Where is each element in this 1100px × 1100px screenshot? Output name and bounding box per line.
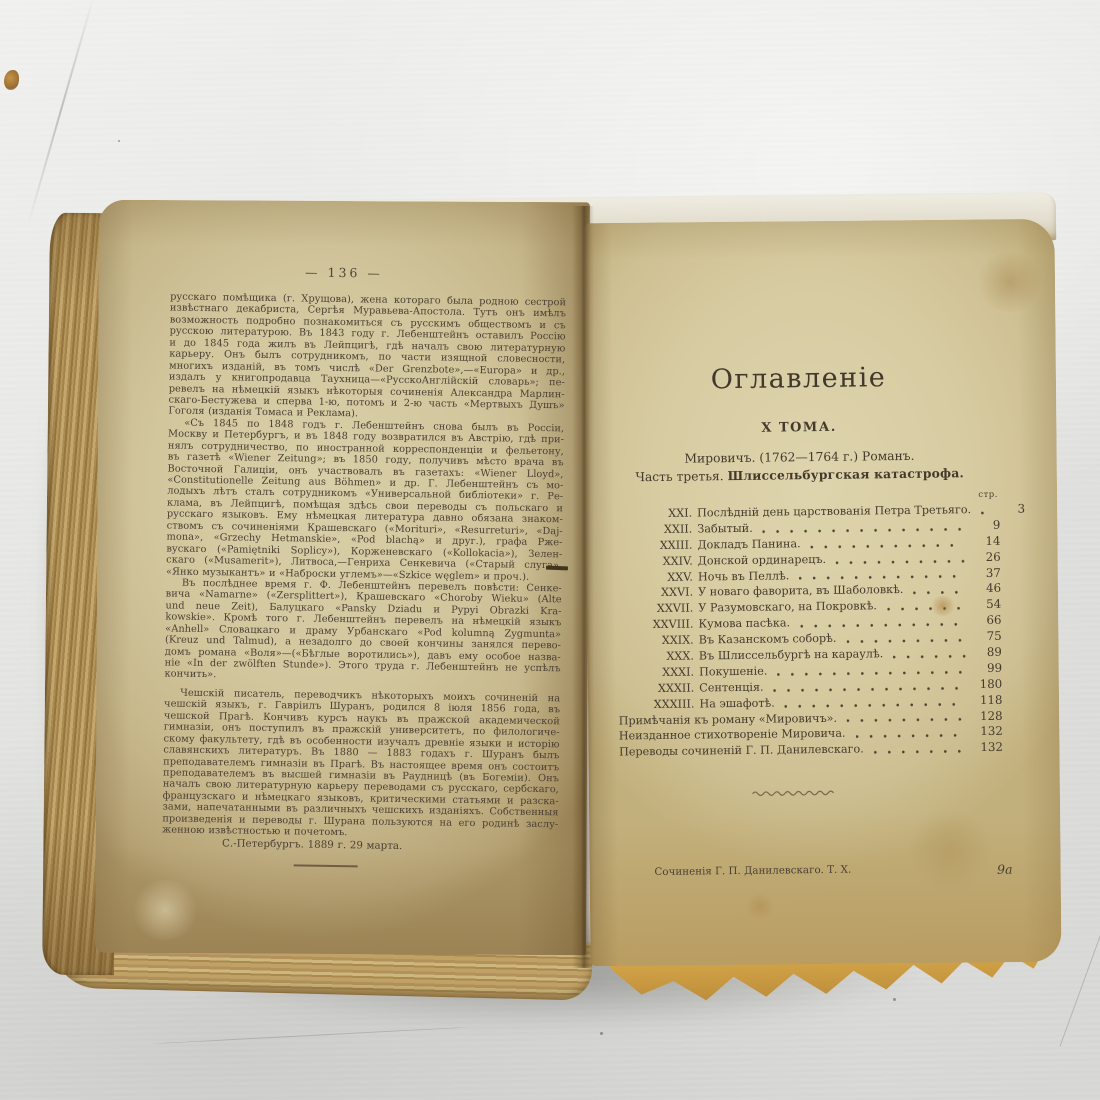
toc-chapter-number: XXIII.: [616, 538, 697, 552]
toc-page-number: 132: [975, 724, 1003, 738]
paragraph: Въ послѣднее время г. Ф. Лебенштейнъ пер…: [164, 577, 561, 686]
footer-signature: Сочиненія Г. П. Данилевскаго. Т. X.: [654, 864, 851, 881]
right-page-content: Оглавленіе X ТОМА. Мировичъ. (1762—1764 …: [613, 219, 1005, 882]
toc-page-number: 118: [974, 692, 1002, 706]
volume-heading: X ТОМА.: [599, 418, 999, 438]
paragraph: Чешскій писатель, переводчикъ нѣкоторыхъ…: [162, 687, 560, 842]
toc-chapter-title: Сентенція.: [699, 680, 763, 694]
left-page-content: — 136 — русскаго помѣщика (г. Хрущова), …: [90, 199, 591, 870]
toc-row: Переводы сочиненій Г. П. Данилевскаго.13…: [619, 740, 1003, 761]
toc-page-number: 128: [975, 708, 1003, 722]
toc-dot-leader: [846, 635, 965, 646]
toc-chapter-number: XXVIII.: [617, 618, 698, 632]
toc-page-number: 26: [973, 549, 1001, 563]
toc-page-number: 75: [974, 629, 1002, 643]
toc-dot-leader: [811, 540, 965, 552]
toc-dot-leader: [887, 603, 966, 614]
photo-of-open-book: — 136 — русскаго помѣщика (г. Хрущова), …: [0, 0, 1100, 1100]
toc-chapter-title: Переводы сочиненій Г. П. Данилевскаго.: [619, 743, 864, 759]
gutter-ink-mark: [546, 566, 568, 571]
toc-dot-leader: [874, 746, 967, 757]
toc-chapter-title: Донской ординарецъ.: [698, 553, 826, 568]
footer-sheet-number: 9а: [997, 862, 1013, 877]
toc-dot-leader: [893, 651, 966, 662]
toc-chapter-number: XXVII.: [617, 602, 698, 616]
part-line-bold: Шлиссельбургская катастрофа.: [727, 465, 964, 483]
toc-page-number: 46: [973, 581, 1001, 595]
toc-chapter-number: XXVI.: [617, 586, 698, 600]
toc-chapter-number: XXXII.: [618, 681, 699, 695]
toc-dot-leader: [981, 508, 989, 518]
toc-page-number: 14: [972, 534, 1000, 548]
toc-chapter-number: XXII.: [616, 522, 697, 536]
contents-title: Оглавленіе: [598, 361, 998, 397]
toc-chapter-title: Въ Шлиссельбургѣ на караулѣ.: [699, 647, 884, 662]
toc-chapter-title: Въ Казанскомъ соборѣ.: [699, 632, 837, 647]
toc-page-number: 66: [973, 613, 1001, 627]
toc-page-number: 54: [973, 597, 1001, 611]
toc-chapter-title: Примѣчанія къ роману «Мировичъ».: [619, 711, 838, 727]
toc-chapter-number: XXIX.: [618, 634, 699, 648]
novel-line: Мировичъ. (1762—1764 г.) Романъ.: [599, 448, 999, 467]
toc-chapter-number: XXI.: [616, 506, 697, 520]
toc-chapter-title: Ночь въ Пеллѣ.: [698, 569, 790, 583]
toc-page-number: 132: [975, 740, 1003, 754]
toc-dot-leader: [856, 731, 967, 742]
toc-page-number: 89: [974, 645, 1002, 659]
left-page: — 136 — русскаго помѣщика (г. Хрущова), …: [95, 200, 590, 956]
toc-chapter-number: XXV.: [617, 570, 698, 584]
toc-chapter-number: XXXI.: [618, 665, 699, 679]
toc-page-number: 99: [974, 661, 1002, 675]
toc-page-number: 3: [997, 501, 1025, 515]
toc-chapter-number: XXX.: [618, 649, 699, 663]
section-end-rule: [294, 864, 358, 866]
page-number-header: — 136 —: [98, 261, 589, 283]
table-speck: [118, 140, 120, 142]
toc-dot-leader: [799, 572, 965, 584]
squiggle-divider: [752, 788, 838, 799]
toc-chapter-title: Кумова пасѣка.: [698, 617, 790, 631]
toc-dot-leader: [800, 619, 966, 631]
paragraph: «Съ 1845 по 1848 годъ г. Лебенштейнъ сно…: [166, 417, 564, 583]
toc-dot-leader: [913, 588, 965, 599]
toc-chapter-title: У Разумовскаго, на Покровкѣ.: [698, 600, 877, 615]
table-stain: [4, 70, 19, 90]
table-of-contents: XXI.Послѣдній день царствованія Петра Тр…: [616, 502, 1003, 761]
right-page: Оглавленіе X ТОМА. Мировичъ. (1762—1764 …: [583, 219, 1061, 966]
toc-dot-leader: [836, 556, 965, 568]
left-page-text-block: русскаго помѣщика (г. Хрущова), жена кот…: [162, 291, 566, 841]
part-line: Часть третья. Шлиссельбургская катастроф…: [600, 465, 1000, 485]
toc-chapter-title: На эшафотѣ.: [699, 696, 774, 710]
paragraph: русскаго помѣщика (г. Хрущова), жена кот…: [168, 291, 566, 423]
toc-chapter-number: XXIV.: [617, 554, 698, 568]
table-scratch: [27, 0, 95, 226]
toc-chapter-number: XXXIII.: [618, 697, 699, 711]
toc-chapter-title: Неизданное стихотвореніе Мировича.: [619, 727, 846, 743]
toc-page-number: 9: [972, 518, 1000, 532]
toc-chapter-title: Покушеніе.: [699, 665, 767, 679]
part-line-normal: Часть третья.: [635, 469, 727, 484]
toc-dot-leader: [847, 715, 967, 726]
toc-chapter-title: Забытый.: [697, 522, 753, 536]
toc-chapter-title: Послѣдній день царствованія Петра Третья…: [697, 503, 971, 519]
toc-page-number: 180: [974, 677, 1002, 691]
toc-page-number: 37: [973, 565, 1001, 579]
page-footer: Сочиненія Г. П. Данилевскаго. Т. X. 9а: [620, 862, 1004, 882]
book-gutter-shadow: [572, 206, 594, 968]
toc-chapter-title: Докладъ Панина.: [697, 537, 800, 551]
toc-chapter-title: У новаго фаворита, въ Шаболовкѣ.: [698, 583, 903, 599]
